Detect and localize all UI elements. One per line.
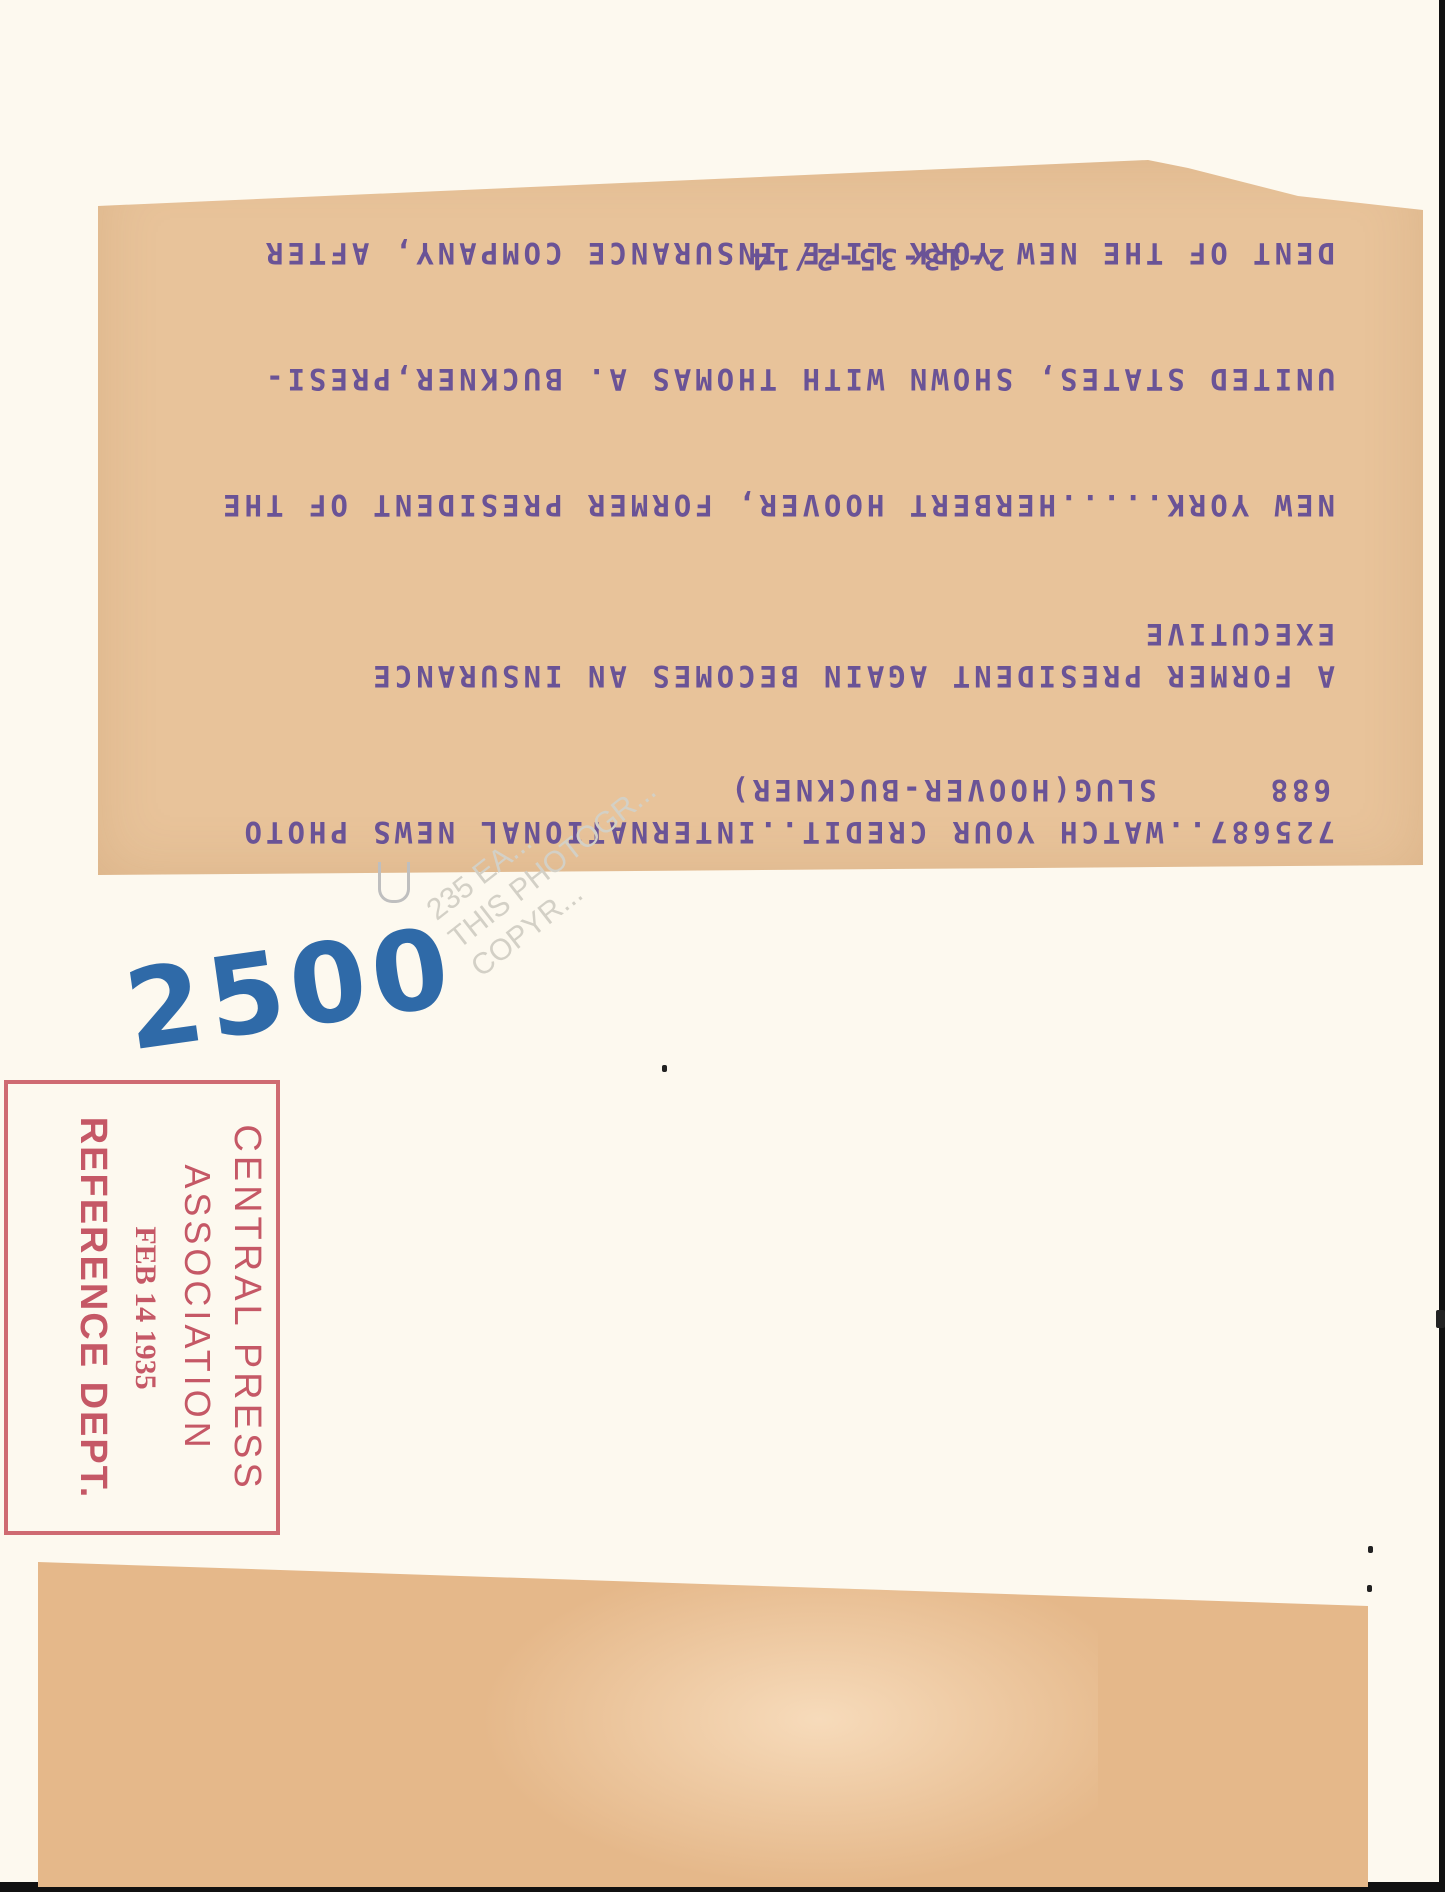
caption-code: 688 <box>1267 769 1331 811</box>
stamp-line-1: CENTRAL PRESS <box>222 1088 272 1528</box>
pencil-mark <box>378 862 410 903</box>
stamp-line-3: REFERENCE DEPT. <box>68 1088 118 1528</box>
caption-credit-line: 725687..WATCH YOUR CREDIT..INTERNATIONAL… <box>158 811 1335 853</box>
caption-slug: SLUG(HOOVER-BUCKNER) <box>727 769 1156 811</box>
caption-dateline: 2-13-35-2/14 <box>158 238 1335 280</box>
paper-fade-stain <box>478 1582 1098 1887</box>
scan-border-right <box>1439 0 1445 1892</box>
stamp-text: CENTRAL PRESS ASSOCIATION FEB 14 1935 RE… <box>12 1088 272 1528</box>
reference-dept-stamp: CENTRAL PRESS ASSOCIATION FEB 14 1935 RE… <box>4 1080 280 1535</box>
caption-text-upside-down: 725687..WATCH YOUR CREDIT..INTERNATIONAL… <box>98 160 1423 875</box>
caption-headline: A FORMER PRESIDENT AGAIN BECOMES AN INSU… <box>158 613 1335 697</box>
caption-slip: 725687..WATCH YOUR CREDIT..INTERNATIONAL… <box>98 160 1423 875</box>
lower-paper-strip <box>38 1562 1368 1887</box>
caption-body-line: UNITED STATES, SHOWN WITH THOMAS A. BUCK… <box>158 358 1335 400</box>
stamp-line-2: ASSOCIATION <box>172 1088 222 1528</box>
stamp-date: FEB 14 1935 <box>118 1088 172 1528</box>
caption-body-line: NEW YORK.....HERBERT HOOVER, FORMER PRES… <box>158 484 1335 526</box>
caption-header: 725687..WATCH YOUR CREDIT..INTERNATIONAL… <box>158 769 1335 853</box>
